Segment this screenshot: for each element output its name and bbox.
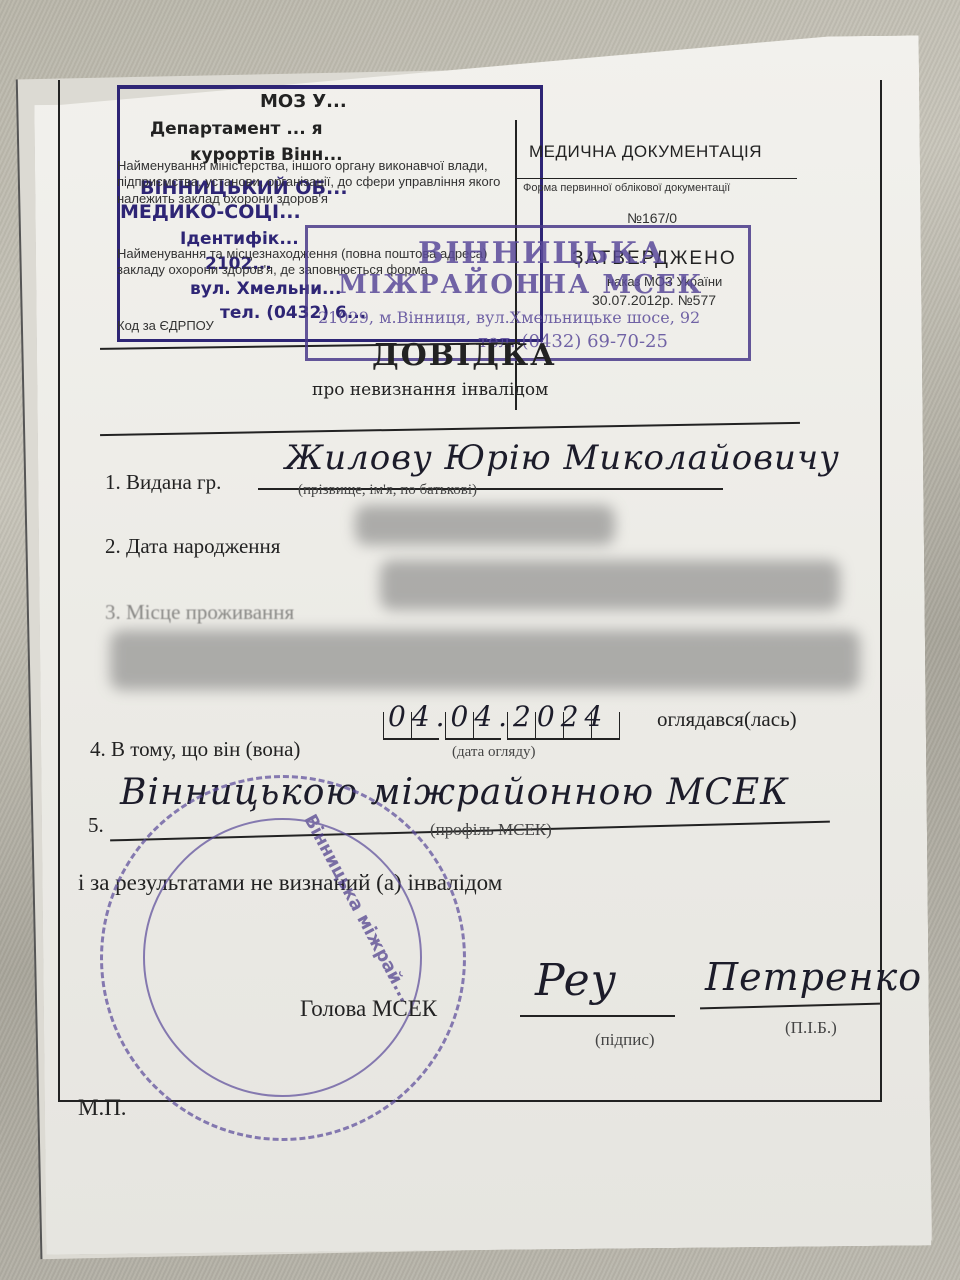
head-msek-label: Голова МСЕК xyxy=(300,996,437,1022)
document-subtitle: про невизнання інвалідом xyxy=(312,380,548,400)
signature: Pey xyxy=(535,955,617,1006)
field2-label: 2. Дата народження xyxy=(105,534,280,559)
field4-suffix: оглядався(лась) xyxy=(657,707,797,732)
field1-label: 1. Видана гр. xyxy=(105,470,221,495)
form-label: Форма первинної облікової документації xyxy=(523,182,730,194)
redacted-birthdate xyxy=(355,505,615,545)
msek-stamp-city: ВІННИЦЬКА xyxy=(418,236,666,271)
edrpou-label: Код за ЄДРПОУ xyxy=(117,318,214,334)
round-seal: Вінницька міжрай... xyxy=(100,775,466,1141)
head-name-value: Петренко xyxy=(705,955,922,999)
form-number: №167/0 xyxy=(627,210,677,226)
exam-date-value: 04.04.2024 xyxy=(388,700,608,733)
field1-hint: (прізвище, ім'я, по батькові) xyxy=(298,482,477,499)
seal-place-label: М.П. xyxy=(78,1095,127,1121)
redacted-address-1 xyxy=(380,560,840,610)
field4-hint: (дата огляду) xyxy=(452,744,535,761)
field5-label: 5. xyxy=(88,813,104,838)
msek-stamp-name: МІЖРАЙОННА МСЕК xyxy=(338,270,703,300)
msek-stamp-address: 21029, м.Вінниця, вул.Хмельницьке шосе, … xyxy=(318,308,700,327)
medical-documentation-label: МЕДИЧНА ДОКУМЕНТАЦІЯ xyxy=(529,142,762,162)
field5-hint: (профіль МСЕК) xyxy=(430,820,552,840)
header-ministry: МОЗ У... xyxy=(260,91,347,112)
ministry-name-label: Найменування міністерства, іншого органу… xyxy=(117,158,507,207)
field3-label: 3. Місце проживання xyxy=(105,600,294,625)
name-hint: (П.І.Б.) xyxy=(785,1018,837,1038)
field4-label: 4. В тому, що він (вона) xyxy=(90,737,300,762)
field1-name-value: Жилову Юрію Миколайовичу xyxy=(285,438,840,478)
signature-hint: (підпис) xyxy=(595,1030,655,1050)
document-title: ДОВІДКА xyxy=(372,338,557,373)
header-department: Департамент ... я xyxy=(150,119,323,139)
redacted-address-2 xyxy=(110,630,860,690)
